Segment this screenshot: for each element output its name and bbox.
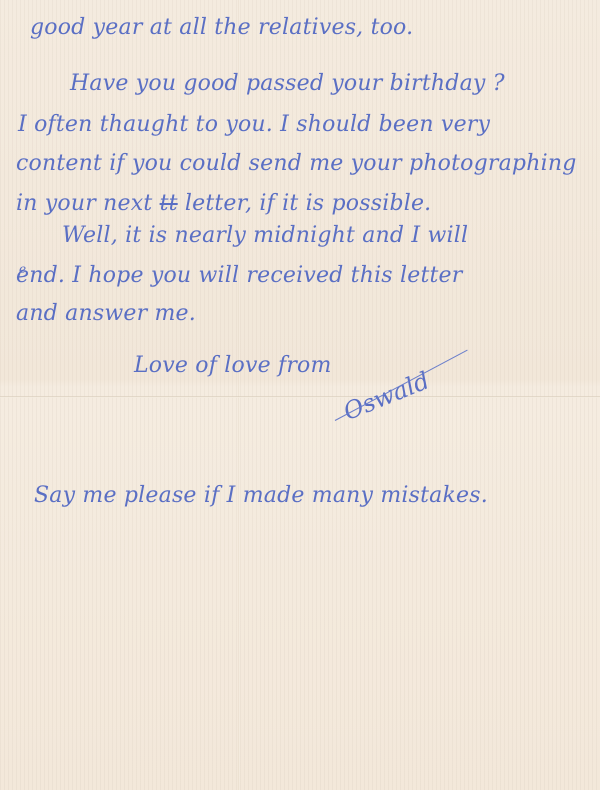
correction-mark: e (19, 255, 26, 283)
letter-line-5-end: letter, if it is possible. (185, 191, 431, 216)
letter-line-3: I often thaught to you. I should been ve… (18, 111, 490, 139)
paper-fold-horizontal (0, 396, 600, 398)
signature-underline (335, 350, 468, 421)
letter-page: good year at all the relatives, too. Hav… (0, 0, 600, 790)
letter-line-8: and answer me. (16, 300, 196, 328)
letter-line-5-start: in your next (16, 191, 152, 216)
corrected-word: e end. I hope you will received this let… (16, 263, 462, 288)
letter-line-6: Well, it is nearly midnight and I will (62, 222, 468, 250)
letter-line-4: content if you could send me your photog… (16, 150, 576, 178)
letter-line-7-text: end. I hope you will received this lette… (16, 263, 462, 288)
postscript: Say me please if I made many mistakes. (34, 482, 488, 510)
letter-line-1: good year at all the relatives, too. (30, 14, 413, 42)
letter-line-7: e end. I hope you will received this let… (16, 262, 462, 290)
letter-closing: Love of love from (134, 352, 332, 380)
letter-line-5: in your next tt letter, if it is possibl… (16, 190, 431, 218)
letter-line-2: Have you good passed your birthday ? (70, 70, 505, 98)
crossed-out-text: tt (160, 191, 178, 216)
